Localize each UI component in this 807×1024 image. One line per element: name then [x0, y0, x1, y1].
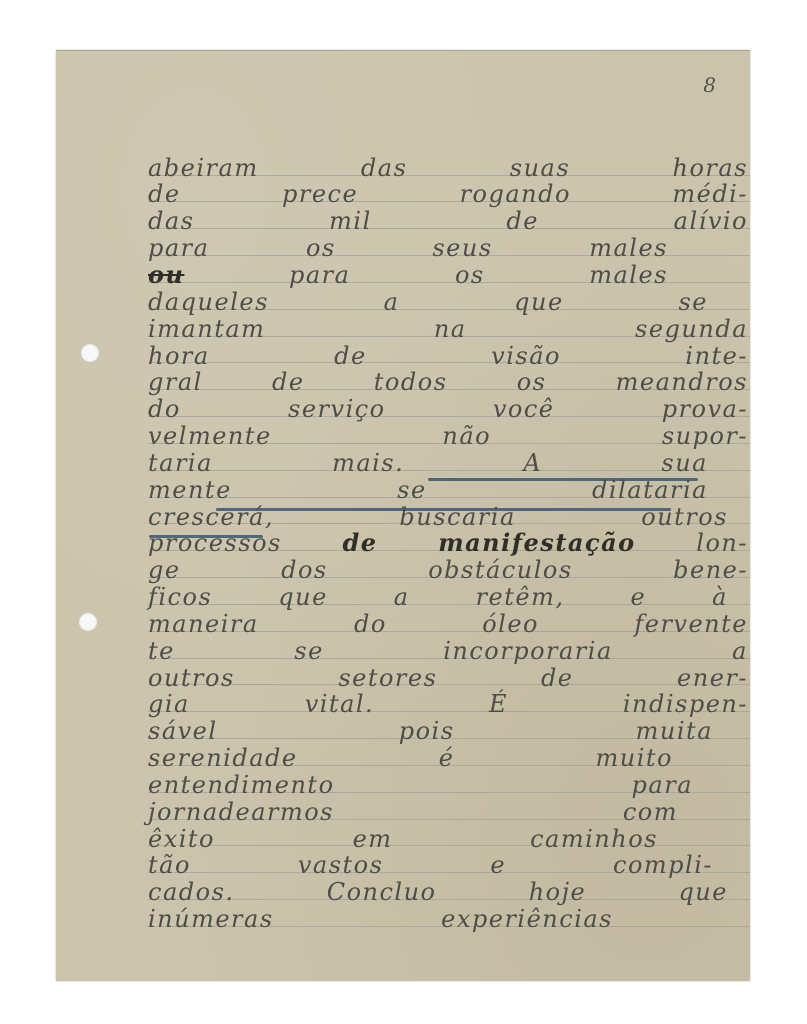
handwritten-line: do serviço você prova-: [148, 390, 748, 417]
handwritten-line: mente se dilataria: [148, 471, 708, 498]
handwritten-line: taria mais. A sua: [148, 444, 708, 471]
handwritten-line: maneira do óleo fervente: [148, 605, 748, 632]
handwritten-line: de prece rogando médi-: [148, 175, 748, 202]
handwritten-line: abeiram das suas horas: [148, 149, 748, 176]
punch-hole-bottom: [79, 613, 97, 631]
handwritten-line: ge dos obstáculos bene-: [148, 551, 748, 578]
handwritten-line: velmente não supor-: [148, 417, 748, 444]
handwritten-line: serenidade é muito: [148, 739, 673, 766]
handwritten-line: ficos que a retêm, e à: [148, 578, 728, 605]
handwritten-line: ou para os males: [148, 256, 668, 283]
handwritten-line: jornadearmos com: [148, 793, 678, 820]
word: que: [678, 880, 728, 904]
handwritten-line: êxito em caminhos: [148, 820, 658, 847]
handwritten-line: daqueles a que se: [148, 283, 708, 310]
handwritten-line: gral de todos os meandros: [148, 363, 748, 390]
handwritten-line: gia vital. É indispen-: [148, 685, 748, 712]
page-number: 8: [703, 73, 716, 97]
handwritten-line: tão vastos e compli-: [148, 846, 713, 873]
handwritten-line: te se incorporaria a: [148, 632, 748, 659]
handwritten-line: cados. Concluo hoje que: [148, 873, 728, 900]
handwritten-line: sável pois muita: [148, 712, 713, 739]
handwritten-line: outros setores de ener-: [148, 659, 748, 686]
handwritten-line: imantam na segunda: [148, 310, 748, 337]
handwritten-line: para os seus males: [148, 229, 668, 256]
handwritten-line: hora de visão inte-: [148, 337, 748, 364]
punch-hole-top: [81, 344, 99, 362]
manuscript-page: 8 abeiram das suas horas de prece rogand…: [56, 50, 750, 981]
handwritten-line: crescerá, buscaria outros: [148, 498, 728, 525]
word: experiências: [441, 907, 613, 931]
handwritten-line: processos de manifestação lon-: [148, 524, 748, 551]
word: alívio: [674, 209, 748, 233]
handwritten-line: inúmeras experiências: [148, 900, 613, 927]
word: inúmeras: [148, 907, 274, 931]
handwritten-line: entendimento para: [148, 766, 693, 793]
handwritten-line: das mil de alívio: [148, 202, 748, 229]
